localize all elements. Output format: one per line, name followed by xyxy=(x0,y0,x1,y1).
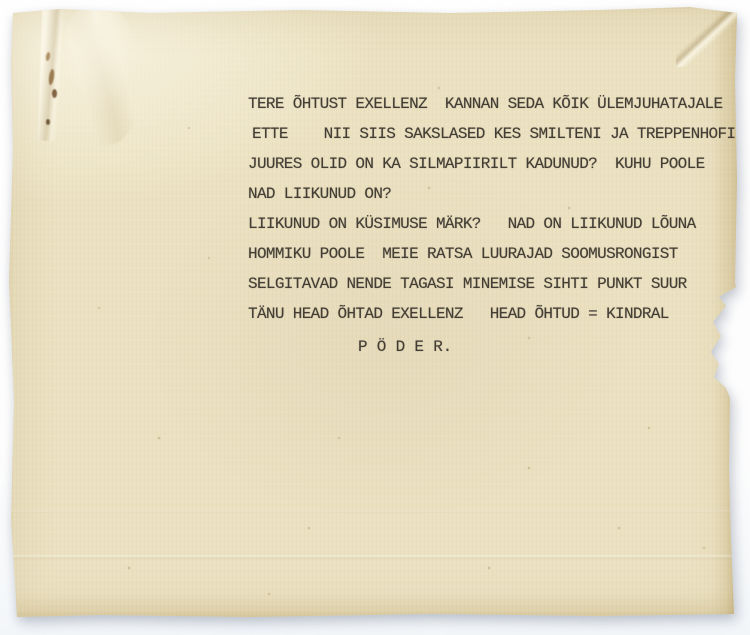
telegram-text: TERE ÕHTUST EXELLENZ KANNAN SEDA KÕIK ÜL… xyxy=(248,89,735,362)
telegram-line: SELGITAVAD NENDE TAGASI MINEMISE SIHTI P… xyxy=(248,269,735,299)
telegram-line: HOMMIKU POOLE MEIE RATSA LUURAJAD SOOMUS… xyxy=(248,239,735,269)
crease-horizontal xyxy=(8,510,737,513)
scan-background: TERE ÕHTUST EXELLENZ KANNAN SEDA KÕIK ÜL… xyxy=(0,0,750,635)
telegram-line: ETTE NII SIIS SAKSLASED KES SMILTENI JA … xyxy=(252,119,735,149)
telegram-line: TERE ÕHTUST EXELLENZ KANNAN SEDA KÕIK ÜL… xyxy=(248,89,735,119)
stain-mark xyxy=(52,89,57,98)
document-paper: TERE ÕHTUST EXELLENZ KANNAN SEDA KÕIK ÜL… xyxy=(8,7,737,617)
paper-shadow-wrap: TERE ÕHTUST EXELLENZ KANNAN SEDA KÕIK ÜL… xyxy=(0,0,750,635)
crease-horizontal xyxy=(8,555,737,559)
stain-mark xyxy=(46,119,50,125)
telegram-line: LIIKUNUD ON KÜSIMUSE MÄRK? NAD ON LIIKUN… xyxy=(248,209,735,239)
telegram-signature-line: P Ö D E R. xyxy=(358,332,735,362)
telegram-line: NAD LIIKUNUD ON? xyxy=(248,179,735,209)
telegram-line: TÄNU HEAD ÕHTAD EXELLENZ HEAD ÕHTUD = KI… xyxy=(248,299,735,329)
crease-top-right-fold xyxy=(676,3,740,67)
torn-edge-shading xyxy=(725,387,737,615)
crease-top-left-ridge xyxy=(57,0,145,147)
paper-speckles xyxy=(8,7,10,9)
telegram-line: JUURES OLID ON KA SILMAPIIRILT KADUNUD? … xyxy=(248,149,735,179)
